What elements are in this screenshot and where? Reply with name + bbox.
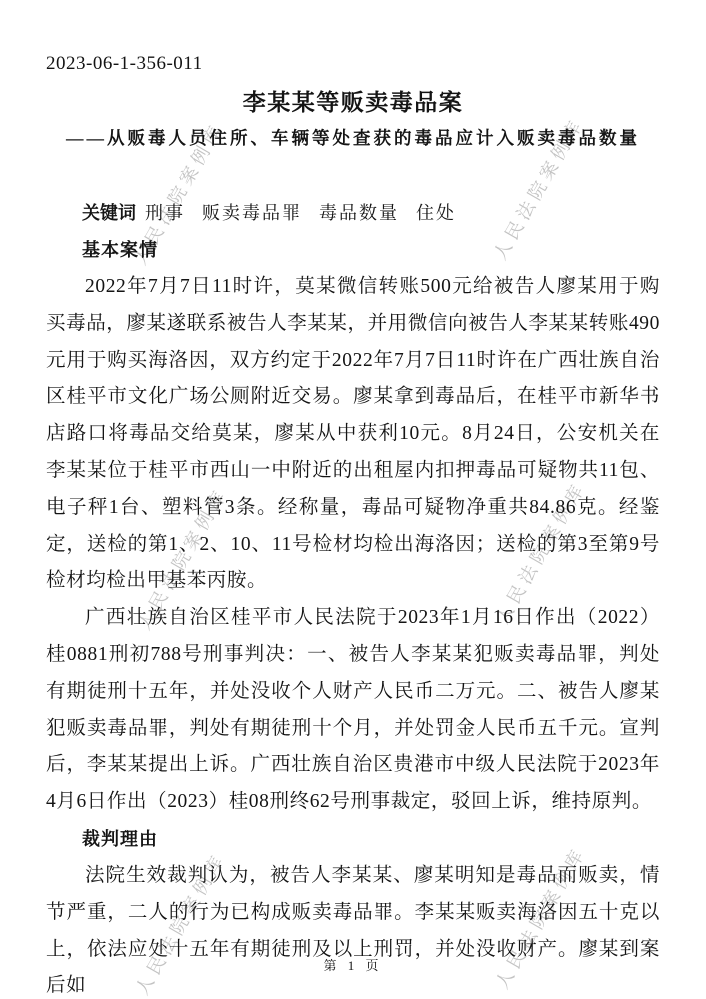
keywords-label: 关键词 bbox=[82, 203, 136, 223]
document-page: 人民法院案例库 人民法院案例库 人民法院案例库 人民法院案例库 人民法院案例库 … bbox=[0, 0, 706, 999]
section-heading-basic-facts: 基本案情 bbox=[82, 232, 660, 269]
keyword-item: 贩卖毒品罪 bbox=[202, 203, 302, 223]
keyword-item: 刑事 bbox=[145, 203, 185, 223]
case-number: 2023-06-1-356-011 bbox=[46, 52, 660, 76]
paragraph-facts-2: 广西壮族自治区桂平市人民法院于2023年1月16日作出（2022）桂0881刑初… bbox=[46, 600, 660, 821]
section-heading-judgment-reasons: 裁判理由 bbox=[82, 821, 660, 858]
case-subtitle: ——从贩毒人员住所、车辆等处查获的毒品应计入贩卖毒品数量 bbox=[46, 125, 660, 151]
paragraph-facts-1: 2022年7月7日11时许，莫某微信转账500元给被告人廖某用于购买毒品，廖某遂… bbox=[46, 269, 660, 600]
case-title: 李某某等贩卖毒品案 bbox=[46, 88, 660, 118]
keywords-line: 关键词刑事贩卖毒品罪毒品数量住处 bbox=[82, 195, 660, 232]
page-number-footer: 第 1 页 bbox=[0, 955, 706, 974]
document-body: 关键词刑事贩卖毒品罪毒品数量住处 基本案情 2022年7月7日11时许，莫某微信… bbox=[46, 195, 660, 999]
keyword-item: 毒品数量 bbox=[319, 203, 399, 223]
paragraph-reasons-1: 法院生效裁判认为，被告人李某某、廖某明知是毒品而贩卖，情节严重，二人的行为已构成… bbox=[46, 858, 660, 999]
keyword-item: 住处 bbox=[416, 203, 456, 223]
document-content: 2023-06-1-356-011 李某某等贩卖毒品案 ——从贩毒人员住所、车辆… bbox=[0, 0, 706, 999]
